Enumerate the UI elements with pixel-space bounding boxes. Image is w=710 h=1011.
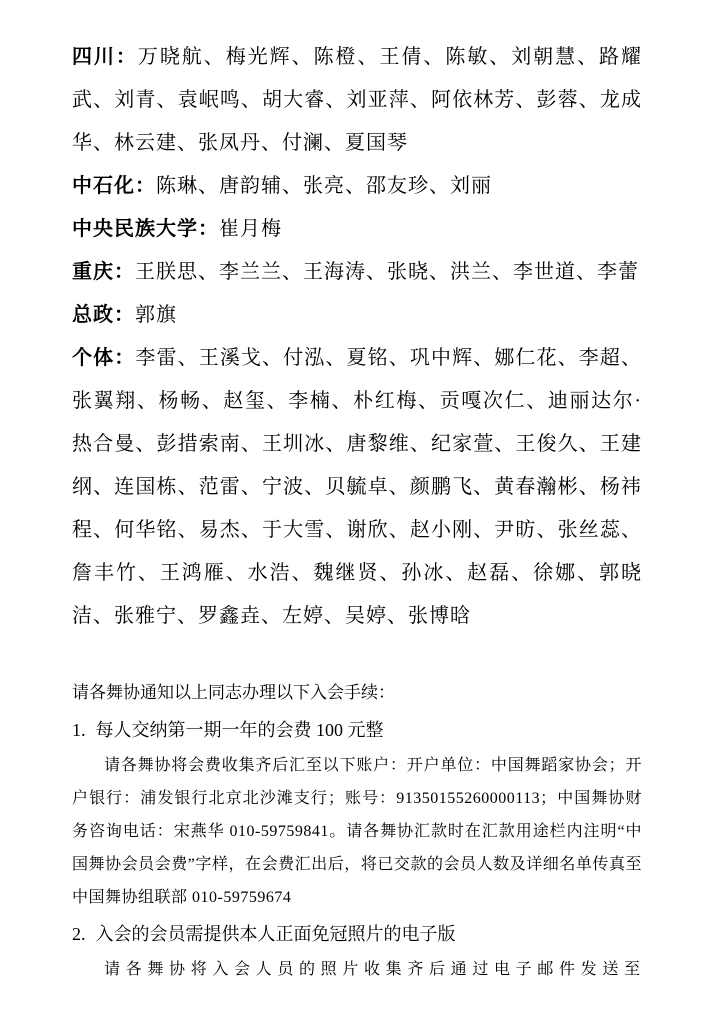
group-label: 重庆： bbox=[72, 261, 135, 283]
procedure-list: 1.每人交纳第一期一年的会费 100 元整请各舞协将会费收集齐后汇至以下账户：开… bbox=[72, 712, 642, 986]
group-names: 崔月梅 bbox=[219, 218, 282, 240]
procedure-item-text: 每人交纳第一期一年的会费 100 元整 bbox=[96, 720, 384, 740]
group-label: 中央民族大学： bbox=[72, 218, 219, 240]
group-names: 陈琳、唐韵辅、张亮、邵友珍、刘丽 bbox=[156, 175, 492, 197]
member-group: 总政：郭旗 bbox=[72, 294, 642, 337]
group-names: 李雷、王溪戈、付泓、夏铭、巩中辉、娜仁花、李超、张翼翔、杨畅、赵玺、李楠、朴红梅… bbox=[72, 347, 642, 627]
member-group: 重庆：王朕思、李兰兰、王海涛、张晓、洪兰、李世道、李蕾 bbox=[72, 251, 642, 294]
group-label: 个体： bbox=[72, 347, 135, 369]
procedure-item-title: 2.入会的会员需提供本人正面免冠照片的电子版 bbox=[72, 916, 642, 953]
group-label: 四川： bbox=[72, 46, 138, 68]
group-names: 郭旗 bbox=[135, 304, 177, 326]
group-label: 总政： bbox=[72, 304, 135, 326]
member-group: 个体：李雷、王溪戈、付泓、夏铭、巩中辉、娜仁花、李超、张翼翔、杨畅、赵玺、李楠、… bbox=[72, 337, 642, 638]
procedure-item-number: 1. bbox=[72, 720, 86, 740]
procedure-item-detail: 请各舞协将会费收集齐后汇至以下账户：开户单位：中国舞蹈家协会；开户银行：浦发银行… bbox=[72, 749, 642, 914]
document-page: 四川：万晓航、梅光辉、陈橙、王倩、陈敏、刘朝慧、路耀武、刘青、袁岷鸣、胡大睿、刘… bbox=[0, 0, 710, 1011]
group-names: 万晓航、梅光辉、陈橙、王倩、陈敏、刘朝慧、路耀武、刘青、袁岷鸣、胡大睿、刘亚萍、… bbox=[72, 46, 642, 154]
member-group: 四川：万晓航、梅光辉、陈橙、王倩、陈敏、刘朝慧、路耀武、刘青、袁岷鸣、胡大睿、刘… bbox=[72, 36, 642, 165]
member-group: 中石化：陈琳、唐韵辅、张亮、邵友珍、刘丽 bbox=[72, 165, 642, 208]
notice-intro: 请各舞协通知以上同志办理以下入会手续： bbox=[72, 676, 642, 710]
group-names: 王朕思、李兰兰、王海涛、张晓、洪兰、李世道、李蕾 bbox=[135, 261, 639, 283]
member-group: 中央民族大学：崔月梅 bbox=[72, 208, 642, 251]
procedure-item-detail: 请各舞协将入会人员的照片收集齐后通过电子邮件发送至 bbox=[72, 953, 642, 986]
procedure-item-title: 1.每人交纳第一期一年的会费 100 元整 bbox=[72, 712, 642, 749]
group-label: 中石化： bbox=[72, 175, 156, 197]
procedure-item-text: 入会的会员需提供本人正面免冠照片的电子版 bbox=[96, 924, 456, 944]
procedure-item-number: 2. bbox=[72, 924, 86, 944]
member-list: 四川：万晓航、梅光辉、陈橙、王倩、陈敏、刘朝慧、路耀武、刘青、袁岷鸣、胡大睿、刘… bbox=[72, 36, 642, 638]
